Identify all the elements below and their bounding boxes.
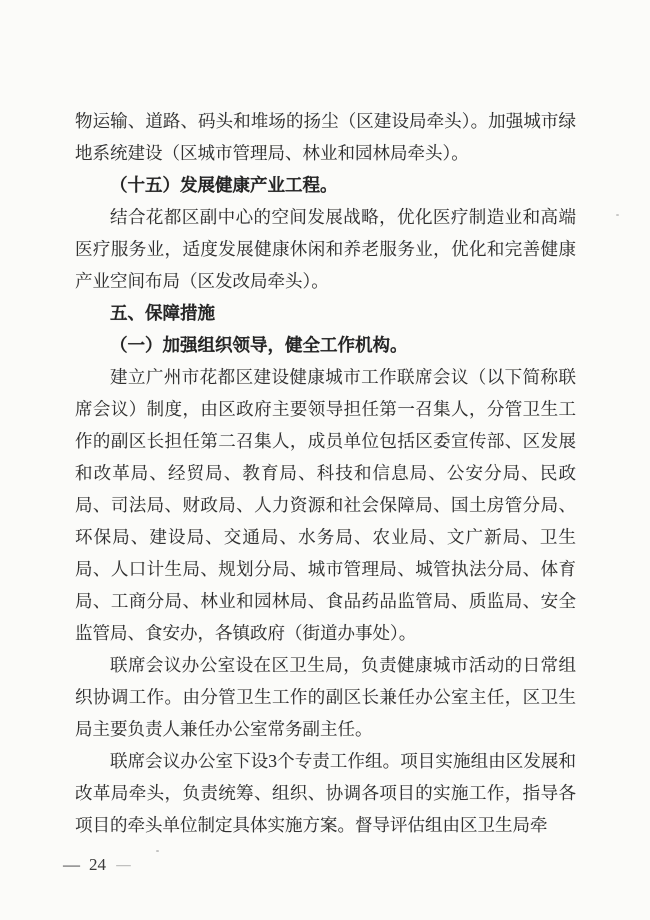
footer-dash-right: —	[116, 857, 130, 873]
subsection-heading-1: （一）加强组织领导，健全工作机构。	[75, 329, 576, 361]
document-page: 物运输、道路、码头和堆场的扬尘（区建设局牵头）。加强城市绿地系统建设（区城市管理…	[0, 0, 650, 920]
scan-speck	[533, 377, 535, 379]
chapter-heading-5: 五、保障措施	[75, 297, 576, 329]
page-number: 24	[89, 855, 106, 874]
paragraph-health-industry: 结合花都区副中心的空间发展战略，优化医疗制造业和高端医疗服务业，适度发展健康休闲…	[75, 201, 576, 297]
section-heading-15: （十五）发展健康产业工程。	[75, 169, 576, 201]
paragraph-work-groups: 联席会议办公室下设3个专责工作组。项目实施组由区发展和改革局牵头，负责统筹、组织…	[75, 745, 576, 841]
page-footer: —24—	[63, 855, 132, 875]
paragraph-joint-meeting: 建立广州市花都区建设健康城市工作联席会议（以下简称联席会议）制度，由区政府主要领…	[75, 361, 576, 649]
paragraph-continuation: 物运输、道路、码头和堆场的扬尘（区建设局牵头）。加强城市绿地系统建设（区城市管理…	[75, 105, 576, 169]
paragraph-office-setup: 联席会议办公室设在区卫生局，负责健康城市活动的日常组织协调工作。由分管卫生工作的…	[75, 649, 576, 745]
document-body: 物运输、道路、码头和堆场的扬尘（区建设局牵头）。加强城市绿地系统建设（区城市管理…	[75, 105, 576, 841]
scan-speck	[616, 214, 619, 216]
scan-speck	[156, 850, 159, 852]
footer-dash-left: —	[63, 855, 80, 874]
